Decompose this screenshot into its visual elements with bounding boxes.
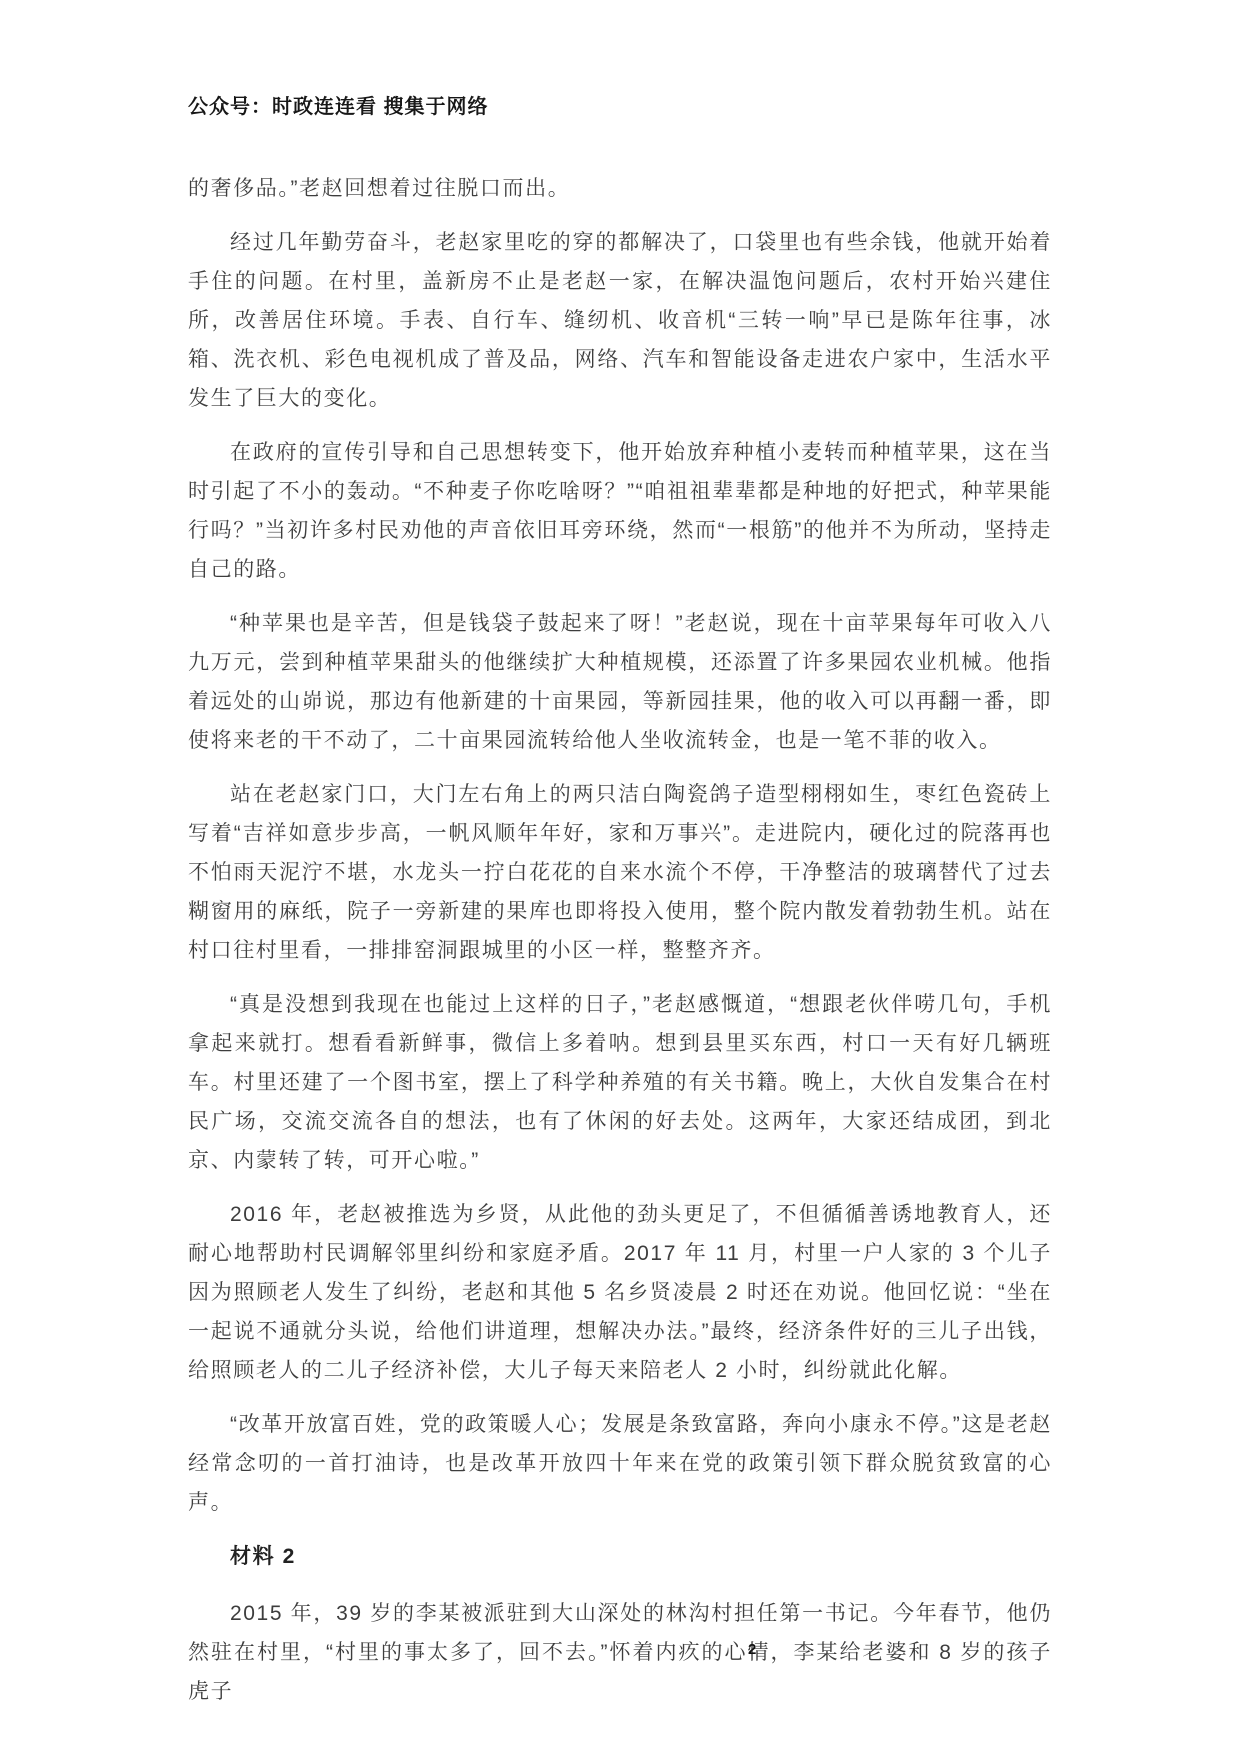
document-body: 的奢侈品。”老赵回想着过往脱口而出。 经过几年勤劳奋斗，老赵家里吃的穿的都解决了… — [188, 169, 1052, 1711]
paragraph-7: 2016 年，老赵被推选为乡贤，从此他的劲头更足了，不但循循善诱地教育人，还耐心… — [188, 1195, 1052, 1390]
material-2-heading: 材料 2 — [188, 1537, 1052, 1576]
paragraph-2: 经过几年勤劳奋斗，老赵家里吃的穿的都解决了，口袋里也有些余钱，他就开始着手住的问… — [188, 223, 1052, 418]
paragraph-5: 站在老赵家门口，大门左右角上的两只洁白陶瓷鸽子造型栩栩如生，枣红色瓷砖上写着“吉… — [188, 775, 1052, 970]
page-header: 公众号：时政连连看 搜集于网络 — [188, 90, 1052, 119]
paragraph-4: “种苹果也是辛苦，但是钱袋子鼓起来了呀！”老赵说，现在十亩苹果每年可收入八九万元… — [188, 604, 1052, 760]
paragraph-9: 2015 年，39 岁的李某被派驻到大山深处的林沟村担任第一书记。今年春节，他仍… — [188, 1594, 1052, 1711]
paragraph-6: “真是没想到我现在也能过上这样的日子，”老赵感慨道，“想跟老伙伴唠几句，手机拿起… — [188, 985, 1052, 1180]
page-number: 2 — [748, 1641, 756, 1658]
document-page: 公众号：时政连连看 搜集于网络 的奢侈品。”老赵回想着过往脱口而出。 经过几年勤… — [0, 0, 1240, 1754]
paragraph-8: “改革开放富百姓，党的政策暖人心；发展是条致富路，奔向小康永不停。”这是老赵经常… — [188, 1405, 1052, 1522]
paragraph-1: 的奢侈品。”老赵回想着过往脱口而出。 — [188, 169, 1052, 208]
paragraph-3: 在政府的宣传引导和自己思想转变下，他开始放弃种植小麦转而种植苹果，这在当时引起了… — [188, 433, 1052, 589]
